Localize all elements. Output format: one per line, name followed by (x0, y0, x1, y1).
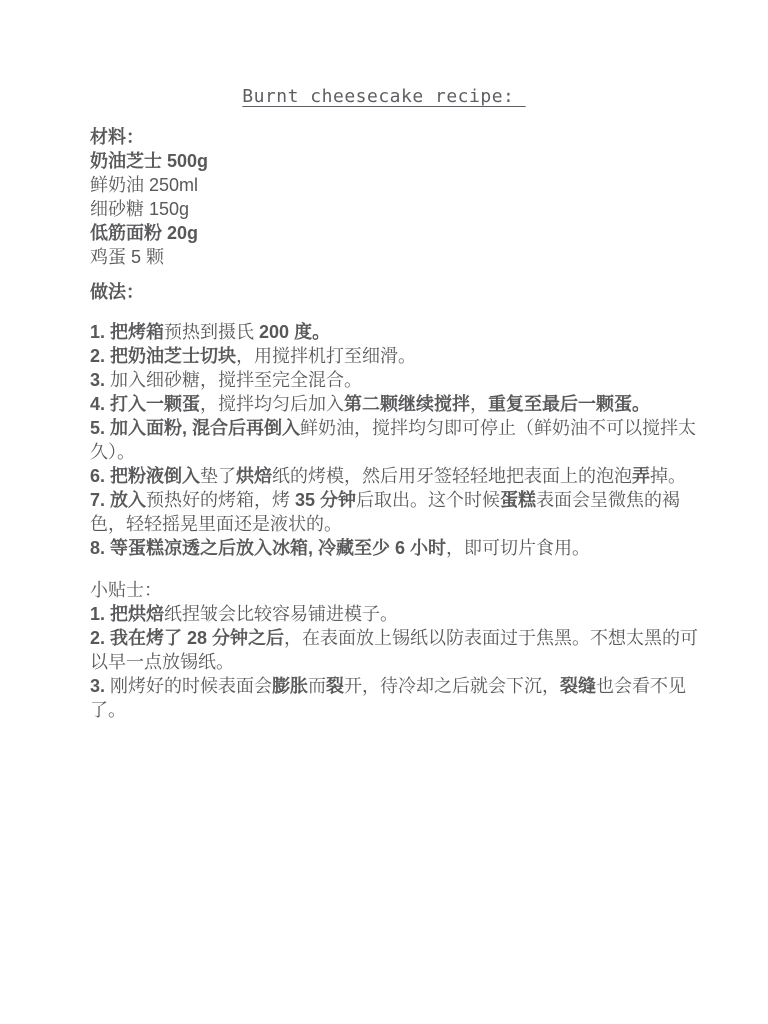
ingredients-list: 奶油芝士 500g鲜奶油 250ml细砂糖 150g低筋面粉 20g鸡蛋 5 颗 (90, 149, 702, 269)
text-run-bold: 4. 打入一颗蛋 (90, 394, 200, 414)
text-line: 鸡蛋 5 颗 (90, 245, 702, 269)
recipe-title: Burnt cheesecake recipe: (242, 86, 525, 107)
text-line: 细砂糖 150g (90, 197, 702, 221)
text-run-bold: 3. (90, 370, 110, 390)
text-run-bold: 膨胀 (272, 676, 308, 696)
text-run-bold: 200 度。 (259, 322, 330, 342)
tips-list: 1. 把烘焙纸捏皱会比较容易铺进模子。2. 我在烤了 28 分钟之后，在表面放上… (90, 602, 702, 722)
text-run-bold: 裂 (326, 676, 344, 696)
text-run: ， (470, 394, 488, 414)
text-run: 开，待冷却之后就会下沉， (344, 676, 560, 696)
text-run-bold: 蛋糕 (500, 490, 536, 510)
text-run: 后取出。这个时候 (356, 490, 500, 510)
text-line: 3. 加入细砂糖，搅拌至完全混合。 (90, 368, 702, 392)
text-run: 掉。 (650, 466, 686, 486)
text-run-bold: 8. 等蛋糕凉透之后放入冰箱, 冷藏至少 6 小时 (90, 538, 446, 558)
text-run-bold: 1. 把烤箱 (90, 322, 164, 342)
text-line: 3. 刚烤好的时候表面会膨胀而裂开，待冷却之后就会下沉，裂缝也会看不见了。 (90, 674, 702, 722)
method-header: 做法： (90, 280, 702, 304)
text-run: 纸的烤模，然后用牙签轻轻地把表面上的泡泡 (272, 466, 632, 486)
text-line: 8. 等蛋糕凉透之后放入冰箱, 冷藏至少 6 小时，即可切片食用。 (90, 536, 702, 560)
text-run: 垫了 (200, 466, 236, 486)
text-run: ，搅拌均匀后加入 (200, 394, 344, 414)
text-line: 低筋面粉 20g (90, 221, 702, 245)
text-run: ，即可切片食用。 (446, 538, 590, 558)
text-run-bold: 2. 我在烤了 28 分钟之后 (90, 628, 284, 648)
text-run: 鲜奶油 250ml (90, 175, 198, 195)
text-run: 而 (308, 676, 326, 696)
text-run-bold: 弄 (632, 466, 650, 486)
text-run-bold: 重复至最后一颗蛋。 (488, 394, 650, 414)
text-line: 4. 打入一颗蛋，搅拌均匀后加入第二颗继续搅拌，重复至最后一颗蛋。 (90, 392, 702, 416)
text-run-bold: 7. 放入 (90, 490, 146, 510)
text-run: 鸡蛋 5 颗 (90, 247, 164, 267)
recipe-document-page: Burnt cheesecake recipe: 材料： 奶油芝士 500g鲜奶… (0, 0, 768, 1024)
text-run-bold: 烘焙 (236, 466, 272, 486)
text-line: 5. 加入面粉, 混合后再倒入鲜奶油，搅拌均匀即可停止（鲜奶油不可以搅拌太久）。 (90, 416, 702, 464)
title-block: Burnt cheesecake recipe: (0, 0, 768, 107)
recipe-body: 材料： 奶油芝士 500g鲜奶油 250ml细砂糖 150g低筋面粉 20g鸡蛋… (90, 125, 702, 722)
text-run-bold: 5. 加入面粉, 混合后再倒入 (90, 418, 300, 438)
text-run: 细砂糖 150g (90, 199, 189, 219)
text-run: 预热到摄氏 (164, 322, 259, 342)
text-line: 7. 放入预热好的烤箱，烤 35 分钟后取出。这个时候蛋糕表面会呈微焦的褐色，轻… (90, 488, 702, 536)
text-run: 加入细砂糖，搅拌至完全混合。 (110, 370, 362, 390)
text-run-bold: 6. 把粉液倒入 (90, 466, 200, 486)
text-run-bold: 3. (90, 676, 110, 696)
tips-header: 小贴士： (90, 578, 702, 602)
text-line: 2. 把奶油芝士切块，用搅拌机打至细滑。 (90, 344, 702, 368)
text-line: 6. 把粉液倒入垫了烘焙纸的烤模，然后用牙签轻轻地把表面上的泡泡弄掉。 (90, 464, 702, 488)
text-line: 奶油芝士 500g (90, 149, 702, 173)
text-run: 刚烤好的时候表面会 (110, 676, 272, 696)
text-run-bold: 低筋面粉 20g (90, 223, 198, 243)
text-line: 1. 把烤箱预热到摄氏 200 度。 (90, 320, 702, 344)
text-run: 预热好的烤箱，烤 (146, 490, 295, 510)
text-run-bold: 35 分钟 (295, 490, 356, 510)
ingredients-header: 材料： (90, 125, 702, 149)
text-run-bold: 裂缝 (560, 676, 596, 696)
text-line: 1. 把烘焙纸捏皱会比较容易铺进模子。 (90, 602, 702, 626)
text-run-bold: 奶油芝士 500g (90, 151, 208, 171)
text-run: ，用搅拌机打至细滑。 (236, 346, 416, 366)
text-run-bold: 2. 把奶油芝士切块 (90, 346, 236, 366)
text-line: 2. 我在烤了 28 分钟之后，在表面放上锡纸以防表面过于焦黑。不想太黑的可以早… (90, 626, 702, 674)
text-run-bold: 1. 把烘焙 (90, 604, 164, 624)
text-line: 鲜奶油 250ml (90, 173, 702, 197)
text-run-bold: 第二颗继续搅拌 (344, 394, 470, 414)
method-steps-list: 1. 把烤箱预热到摄氏 200 度。2. 把奶油芝士切块，用搅拌机打至细滑。3.… (90, 320, 702, 560)
text-run: 纸捏皱会比较容易铺进模子。 (164, 604, 398, 624)
